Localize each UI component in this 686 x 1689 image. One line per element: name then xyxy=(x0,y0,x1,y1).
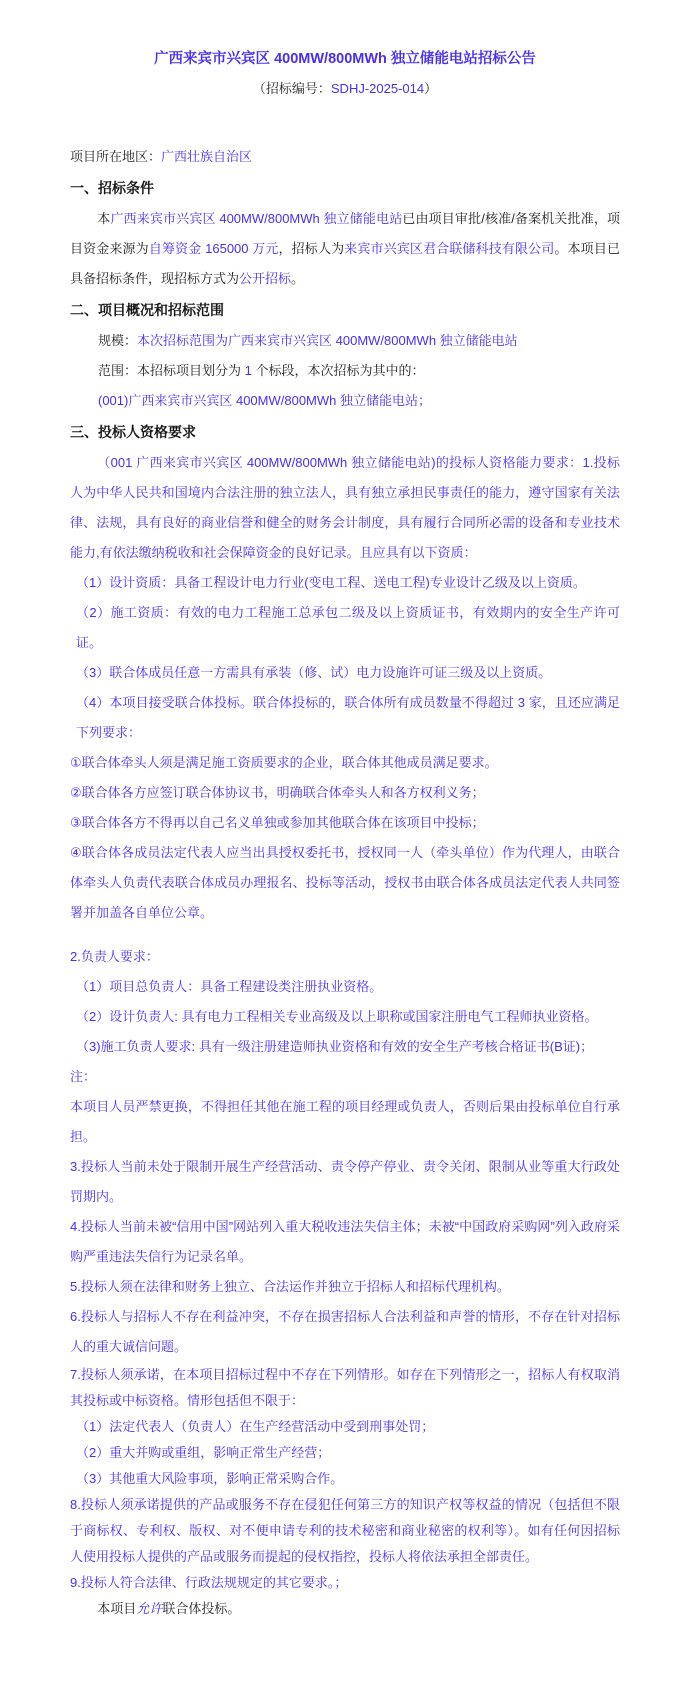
text-segment: 本 xyxy=(97,211,110,226)
requirement-item-6: 6.投标人与招标人不存在利益冲突，不存在损害招标人合法利益和声誉的情形，不存在针… xyxy=(70,1302,620,1362)
consortium-rule-3: ③联合体各方不得再以自己名义单独或参加其他联合体在该项目中投标； xyxy=(70,808,620,838)
consortium-rule-1: ①联合体牵头人须是满足施工资质要求的企业，联合体其他成员满足要求。 xyxy=(70,748,620,778)
section-3-heading: 三、投标人资格要求 xyxy=(70,416,620,448)
section-1-heading: 一、招标条件 xyxy=(70,172,620,204)
scale-value: 本次招标范围为广西来宾市兴宾区 400MW/800MWh 独立储能电站 xyxy=(137,333,518,348)
requirement-item-8: 8.投标人须承诺提供的产品或服务不存在侵犯任何第三方的知识产权等权益的情况（包括… xyxy=(70,1492,620,1570)
text-segment: ，招标人为 xyxy=(279,241,345,256)
qualification-item-construction: （2）施工资质：有效的电力工程施工总承包二级及以上资质证书，有效期内的安全生产许… xyxy=(70,598,620,658)
lot-count: 1 xyxy=(245,363,252,378)
allowed-keyword: 允许 xyxy=(136,1601,162,1616)
requirement-item-9: 9.投标人符合法律、行政法规规定的其它要求。； xyxy=(70,1570,620,1596)
leader-item-construction: （3)施工负责人要求: 具有一级注册建造师执业资格和有效的安全生产考核合格证书(… xyxy=(70,1032,620,1062)
tender-number-open: （招标编号： xyxy=(253,81,331,96)
project-region-value: 广西壮族自治区 xyxy=(161,149,252,164)
tender-conditions-paragraph: 本广西来宾市兴宾区 400MW/800MWh 独立储能电站已由项目审批/核准/备… xyxy=(70,204,620,294)
note-text: 本项目人员严禁更换，不得担任其他在施工程的项目经理或负责人，否则后果由投标单位自… xyxy=(70,1092,620,1152)
project-region-line: 项目所在地区：广西壮族自治区 xyxy=(70,142,620,172)
tender-number: SDHJ-2025-014 xyxy=(331,81,424,96)
tender-scope-line: 范围：本招标项目划分为 1 个标段，本次招标为其中的： xyxy=(70,356,620,386)
lot-001-line: (001)广西来宾市兴宾区 400MW/800MWh 独立储能电站； xyxy=(70,386,620,416)
qualification-item-consortium: （4）本项目接受联合体投标。联合体投标的，联合体所有成员数量不得超过 3 家，且… xyxy=(70,688,620,748)
situation-item-3: （3）其他重大风险事项，影响正常采购合作。 xyxy=(70,1466,620,1492)
section-2-heading: 二、项目概况和招标范围 xyxy=(70,294,620,326)
qualification-item-license: （3）联合体成员任意一方需具有承装（修、试）电力设施许可证三级及以上资质。 xyxy=(70,658,620,688)
note-label: 注： xyxy=(70,1062,620,1092)
document-title: 广西来宾市兴宾区 400MW/800MWh 独立储能电站招标公告 xyxy=(70,44,620,74)
text-segment: 。 xyxy=(291,271,304,286)
tender-number-line: （招标编号：SDHJ-2025-014） xyxy=(70,74,620,104)
text-segment: 范围：本招标项目划分为 xyxy=(98,363,245,378)
project-scale-line: 规模：本次招标范围为广西来宾市兴宾区 400MW/800MWh 独立储能电站 xyxy=(70,326,620,356)
tenderer-name: 来宾市兴宾区君合联储科技有限公司 xyxy=(344,241,554,256)
requirement-item-4: 4.投标人当前未被“信用中国”网站列入重大税收违法失信主体；未被“中国政府采购网… xyxy=(70,1212,620,1272)
text-segment: 联合体投标。 xyxy=(162,1601,240,1616)
situation-item-2: （2）重大并购或重组，影响正常生产经营； xyxy=(70,1440,620,1466)
requirement-item-3: 3.投标人当前未处于限制开展生产经营活动、责令停产停业、责令关闭、限制从业等重大… xyxy=(70,1152,620,1212)
scale-label: 规模： xyxy=(98,333,137,348)
consortium-rule-2: ②联合体各方应签订联合体协议书，明确联合体牵头人和各方权利义务； xyxy=(70,778,620,808)
consortium-rule-4: ④联合体各成员法定代表人应当出具授权委托书，授权同一人（牵头单位）作为代理人，由… xyxy=(70,838,620,928)
text-segment: 个标段，本次招标为其中的： xyxy=(252,363,425,378)
project-region-label: 项目所在地区： xyxy=(70,149,161,164)
tender-method: 公开招标 xyxy=(239,271,291,286)
funding-amount: 自筹资金 165000 万元 xyxy=(149,241,279,256)
qualification-item-design: （1）设计资质：具备工程设计电力行业(变电工程、送电工程)专业设计乙级及以上资质… xyxy=(70,568,620,598)
leaders-requirement-heading: 2.负责人要求： xyxy=(70,942,620,972)
tender-number-close: ） xyxy=(424,81,437,96)
text-segment: 本项目 xyxy=(97,1601,136,1616)
leader-item-chief: （1）项目总负责人：具备工程建设类注册执业资格。 xyxy=(70,972,620,1002)
bidder-qualification-intro: （001 广西来宾市兴宾区 400MW/800MWh 独立储能电站)的投标人资格… xyxy=(70,448,620,568)
leader-item-design: （2）设计负责人: 具有电力工程相关专业高级及以上职称或国家注册电气工程师执业资… xyxy=(70,1002,620,1032)
situation-item-1: （1）法定代表人（负责人）在生产经营活动中受到刑事处罚； xyxy=(70,1414,620,1440)
tender-announcement-document: 广西来宾市兴宾区 400MW/800MWh 独立储能电站招标公告 （招标编号：S… xyxy=(0,0,686,1689)
requirement-item-7: 7.投标人须承诺，在本项目招标过程中不存在下列情形。如存在下列情形之一，招标人有… xyxy=(70,1362,620,1414)
project-name: 广西来宾市兴宾区 400MW/800MWh 独立储能电站 xyxy=(110,211,402,226)
requirement-item-5: 5.投标人须在法律和财务上独立、合法运作并独立于招标人和招标代理机构。 xyxy=(70,1272,620,1302)
consortium-allowed-line: 本项目允许联合体投标。 xyxy=(70,1596,620,1622)
